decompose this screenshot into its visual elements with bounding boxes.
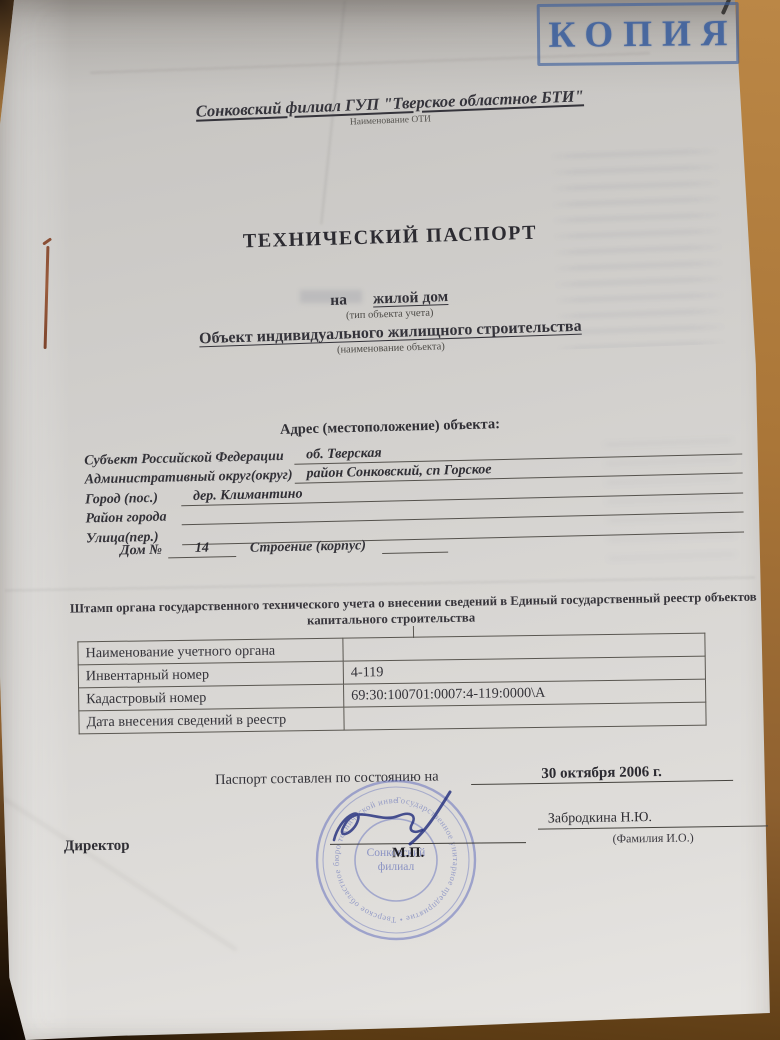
field-label: Город (пос.) xyxy=(85,490,181,508)
copy-stamp-label: КОПИЯ xyxy=(538,11,737,56)
binding-thread-knot xyxy=(42,237,52,245)
signature-caption: (Фамилия И.О.) xyxy=(538,829,768,847)
paper-crease xyxy=(0,791,237,951)
org-header: Сонковский филиал ГУП "Тверское областно… xyxy=(100,82,681,137)
row-value xyxy=(344,702,706,730)
object-section: нажилой дом (тип объекта учета) Объект и… xyxy=(139,282,641,363)
signature-block: Забродкина Н.Ю. (Фамилия И.О.) xyxy=(538,808,768,847)
house-number-value: 14 xyxy=(195,541,209,556)
binding-thread xyxy=(44,246,50,349)
field-label: Район города xyxy=(85,509,181,527)
house-number-line: 14 xyxy=(168,538,236,558)
object-type-value: жилой дом xyxy=(373,288,449,307)
signature-name: Забродкина Н.Ю. xyxy=(538,808,768,829)
compiled-date-value: 30 октября 2006 г. xyxy=(541,764,662,782)
mp-label: М.П. xyxy=(392,845,425,863)
address-heading: Адрес (местоположение) объекта: xyxy=(240,415,540,440)
object-type-prefix: на xyxy=(330,291,347,309)
row-label: Дата внесения сведений в реестр xyxy=(79,707,344,734)
paper-crease xyxy=(5,576,755,591)
copy-stamp: КОПИЯ xyxy=(537,2,740,66)
compiled-date-line: 30 октября 2006 г. xyxy=(470,762,732,785)
address-fields: Субъект Российской Федерации об. Тверска… xyxy=(84,435,744,547)
registry-table: Наименование учетного органа Инвентарный… xyxy=(77,633,706,735)
document-title: ТЕХНИЧЕСКИЙ ПАСПОРТ xyxy=(190,220,591,255)
house-number-label: Дом № xyxy=(120,543,162,560)
seal-center-line2: филиал xyxy=(378,861,415,873)
document-content: КОПИЯ Сонковский филиал ГУП "Тверское об… xyxy=(0,0,780,1040)
building-line xyxy=(382,537,448,554)
registry-note: Штамп органа государственного техническо… xyxy=(58,590,724,633)
director-label: Директор xyxy=(64,838,130,856)
building-label: Строение (корпус) xyxy=(250,538,366,556)
